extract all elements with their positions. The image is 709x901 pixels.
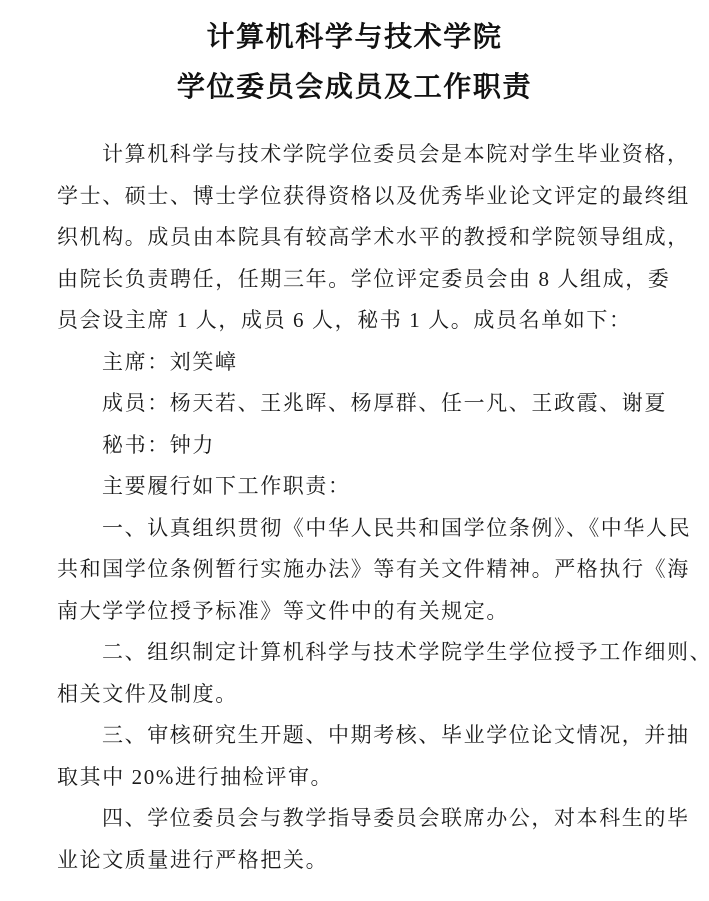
text-line: 计算机科学与技术学院学位委员会是本院对学生毕业资格，	[57, 134, 690, 176]
text-line: 四、学位委员会与教学指导委员会联席办公，对本科生的毕	[57, 798, 690, 840]
text-line: 主要履行如下工作职责：	[57, 466, 690, 508]
text-line: 员会设主席 1 人，成员 6 人，秘书 1 人。成员名单如下：	[57, 300, 690, 342]
text-line: 一、认真组织贯彻《中华人民共和国学位条例》、《中华人民	[57, 508, 690, 550]
text-line: 由院长负责聘任，任期三年。学位评定委员会由 8 人组成，委	[57, 259, 690, 301]
document-title-block: 计算机科学与技术学院 学位委员会成员及工作职责	[0, 0, 709, 113]
document-title-line-1: 计算机科学与技术学院	[0, 13, 709, 63]
text-line: 取其中 20%进行抽检评审。	[57, 757, 690, 799]
document-body: 计算机科学与技术学院学位委员会是本院对学生毕业资格，学士、硕士、博士学位获得资格…	[57, 134, 690, 881]
text-line: 主席：刘笑嶂	[57, 342, 690, 384]
text-line: 二、组织制定计算机科学与技术学院学生学位授予工作细则、	[57, 632, 690, 674]
text-line: 南大学学位授予标准》等文件中的有关规定。	[57, 591, 690, 633]
text-line: 秘书：钟力	[57, 425, 690, 467]
text-line: 织机构。成员由本院具有较高学术水平的教授和学院领导组成，	[57, 217, 690, 259]
text-line: 共和国学位条例暂行实施办法》等有关文件精神。严格执行《海	[57, 549, 690, 591]
text-line: 三、审核研究生开题、中期考核、毕业学位论文情况，并抽	[57, 715, 690, 757]
text-line: 相关文件及制度。	[57, 674, 690, 716]
document-title-line-2: 学位委员会成员及工作职责	[0, 63, 709, 113]
text-line: 学士、硕士、博士学位获得资格以及优秀毕业论文评定的最终组	[57, 176, 690, 218]
document-page: 计算机科学与技术学院 学位委员会成员及工作职责 计算机科学与技术学院学位委员会是…	[0, 0, 709, 901]
text-line: 成员：杨天若、王兆晖、杨厚群、任一凡、王政霞、谢夏	[57, 383, 690, 425]
text-line: 业论文质量进行严格把关。	[57, 840, 690, 882]
